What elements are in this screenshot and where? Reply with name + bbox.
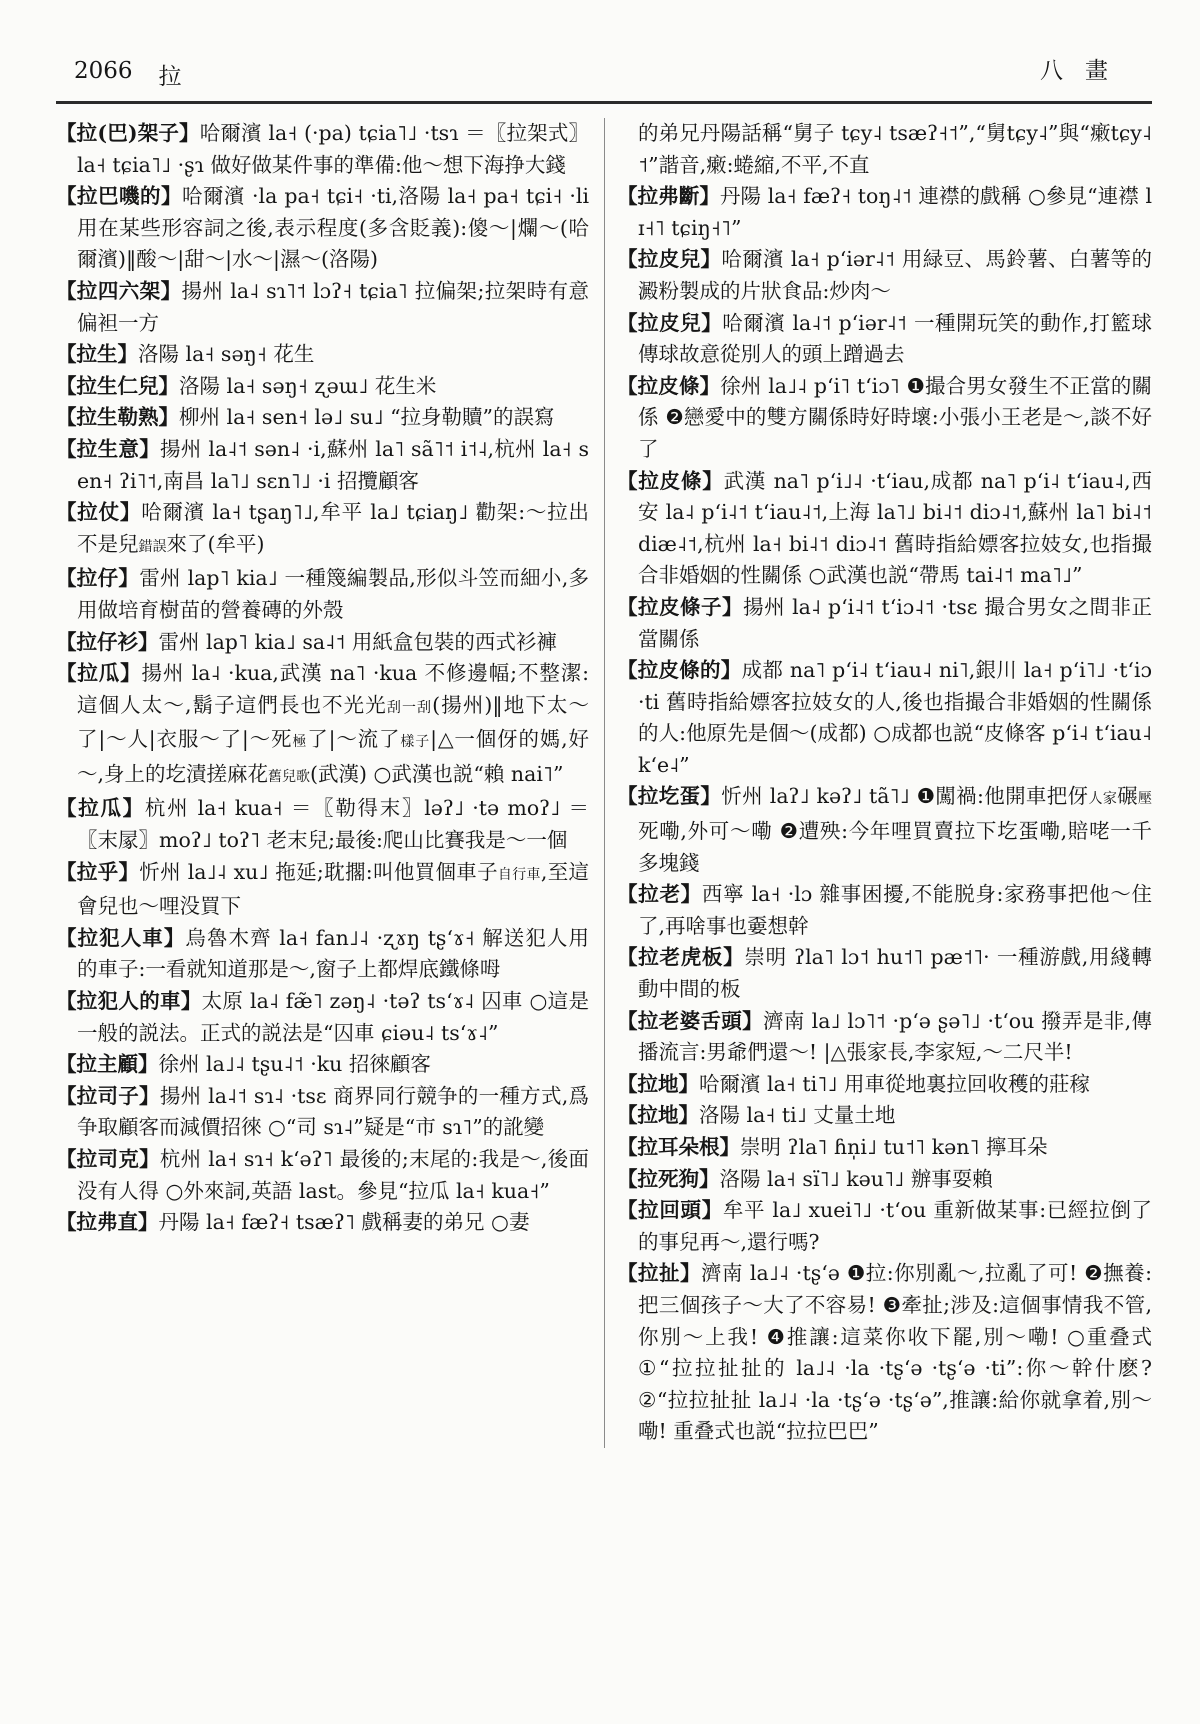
dictionary-entry: 【拉司子】揚州 la˨˦ sɿ˨ ·tsɛ 商界同行競争的一種方式,爲争取顧客而… <box>56 1081 589 1144</box>
dictionary-entry: 【拉生仁兒】洛陽 la˧ səŋ˧ ʐəɯ˩ 花生米 <box>56 371 589 403</box>
entry-headword: 【拉弗直】 <box>56 1210 159 1234</box>
entry-headword: 【拉地】 <box>617 1103 699 1127</box>
dictionary-entry: 【拉弗直】丹陽 la˧ fæʔ˧ tsæʔ˥ 戲稱妻的弟兄 ○妻 <box>56 1207 589 1239</box>
entry-headword: 【拉仗】 <box>56 500 141 524</box>
gloss-small-text: 自行車 <box>498 867 541 883</box>
entry-headword: 【拉生】 <box>56 342 138 366</box>
entry-headword: 【拉圪蛋】 <box>617 784 721 808</box>
dictionary-entry: 【拉老虎板】崇明 ʔla˥ lɔ˦ hu˦˥ pæ˦˥· 一種游戲,用綫轉動中間… <box>617 942 1152 1005</box>
stroke-section-label: 八畫 <box>1040 52 1130 85</box>
dictionary-entry: 【拉老】西寧 la˧ ·lɔ 雜事困擾,不能脱身:家務事把他～住了,再啥事也嫑想… <box>617 879 1152 942</box>
entry-headword: 【拉仔衫】 <box>56 630 159 654</box>
entry-headword: 【拉生勒熟】 <box>56 405 179 429</box>
dictionary-entry: 【拉仔衫】雷州 lap˥ kia˩ sa˨˦ 用紙盒包裝的西式衫褲 <box>56 627 589 659</box>
entry-text: 洛陽 la˧ ti˩ 丈量土地 <box>699 1103 895 1127</box>
header-rule <box>56 101 1152 104</box>
dictionary-entry: 【拉皮兒】哈爾濱 la˧ pʻiər˨˦ 用緑豆、馬鈴薯、白薯等的澱粉製成的片狀… <box>617 244 1152 307</box>
dictionary-entry: 【拉死狗】洛陽 la˧ sï˥˩ kəu˥˩ 辦事耍賴 <box>617 1164 1152 1196</box>
dictionary-entry: 【拉耳朵根】崇明 ʔla˥ ɦn̩i˩ tu˦˥ kən˥ 擰耳朵 <box>617 1132 1152 1164</box>
radical-char: 拉 <box>159 58 182 91</box>
dictionary-entry: 【拉皮條的】成都 na˥ pʻi˨ tʻiau˨ ni˥,銀川 la˧ pʻi˥… <box>617 655 1152 781</box>
entry-text: 雷州 lap˥ kia˩ 一種篾編製品,形似斗笠而細小,多用做培育樹苗的營養磚的… <box>77 566 589 622</box>
entry-headword: 【拉瓜】 <box>56 796 145 820</box>
dictionary-entry: 【拉皮條子】揚州 la˨ pʻi˨˦ tʻiɔ˨˦ ·tsɛ 撮合男女之間非正當… <box>617 592 1152 655</box>
entry-text: 碾 <box>1117 784 1138 808</box>
entry-headword: 【拉死狗】 <box>617 1167 720 1191</box>
dictionary-entry: 【拉老婆舌頭】濟南 la˩ lɔ˥˦ ·pʻə ʂə˥˩ ·tʻou 撥弄是非,… <box>617 1006 1152 1069</box>
dictionary-entry: 【拉皮條】武漢 na˥ pʻi˩˨ ·tʻiau,成都 na˥ pʻi˨ tʻi… <box>617 466 1152 592</box>
entry-text: 濟南 la˩˨ ·tʂʻə ❶拉:你別亂～,拉亂了可! ❷撫養:把三個孩子～大了… <box>638 1261 1152 1443</box>
entry-text: 崇明 ʔla˥ ɦn̩i˩ tu˦˥ kən˥ 擰耳朵 <box>740 1135 1048 1159</box>
entry-headword: 【拉扯】 <box>617 1261 701 1285</box>
entry-headword: 【拉主顧】 <box>56 1052 159 1076</box>
dictionary-entry: 【拉回頭】牟平 la˩ xuei˥˩ ·tʻou 重新做某事:已經拉倒了的事兒再… <box>617 1195 1152 1258</box>
entry-text: 來了(牟平) <box>167 532 265 556</box>
entry-text: 雷州 lap˥ kia˩ sa˨˦ 用紙盒包裝的西式衫褲 <box>159 630 557 654</box>
dictionary-entry: 【拉乎】忻州 la˩˨ xu˩ 拖延;耽擱:叫他買個車子自行車,至這會兒也～哩没… <box>56 857 589 923</box>
entry-headword: 【拉耳朵根】 <box>617 1135 740 1159</box>
entry-text: 柳州 la˧ sen˧ lə˩ su˩ “拉身勒贖”的誤寫 <box>179 405 555 429</box>
entry-headword: 【拉司克】 <box>56 1147 160 1171</box>
dictionary-entry: 【拉生勒熟】柳州 la˧ sen˧ lə˩ su˩ “拉身勒贖”的誤寫 <box>56 402 589 434</box>
entry-text: 洛陽 la˧ səŋ˧ 花生 <box>138 342 314 366</box>
entry-continuation: 的弟兄丹陽話稱“舅子 tɕy˨ tsæʔ˧˦”,“舅tɕy˨”與“瘷tɕy˨˦”… <box>617 118 1152 181</box>
dictionary-entry: 【拉仔】雷州 lap˥ kia˩ 一種篾編製品,形似斗笠而細小,多用做培育樹苗的… <box>56 563 589 626</box>
entry-headword: 【拉回頭】 <box>617 1198 723 1222</box>
gloss-small-text: 人家 <box>1088 791 1117 807</box>
dictionary-entry: 【拉巴嘰的】哈爾濱 ·la pa˧ tɕi˧ ·ti,洛陽 la˧ pa˧ tɕ… <box>56 181 589 276</box>
dictionary-entry: 【拉瓜】揚州 la˨ ·kua,武漢 na˥ ·kua 不修邊幅;不整潔:這個人… <box>56 658 589 793</box>
entry-headword: 【拉弗斷】 <box>617 184 720 208</box>
dictionary-page: 2066 拉 八畫 【拉(巴)架子】哈爾濱 la˧ (·pa) tɕia˥˩ ·… <box>0 0 1200 1724</box>
gloss-small-text: 樣子 <box>400 734 430 750</box>
entry-text: 忻州 la˩˨ xu˩ 拖延;耽擱:叫他買個車子 <box>139 860 498 884</box>
entry-text: 的弟兄丹陽話稱“舅子 tɕy˨ tsæʔ˧˦”,“舅tɕy˨”與“瘷tɕy˨˦”… <box>638 121 1152 177</box>
dictionary-entry: 【拉地】洛陽 la˧ ti˩ 丈量土地 <box>617 1100 1152 1132</box>
entry-headword: 【拉生仁兒】 <box>56 374 179 398</box>
entry-headword: 【拉地】 <box>617 1072 699 1096</box>
gloss-small-text: 極 <box>292 734 307 750</box>
entry-text: 杭州 la˧ kua˧ ＝〖勒得末〗ləʔ˩ ·tə moʔ˩ ＝〖末㞘〗moʔ… <box>77 796 589 852</box>
entry-text: 西寧 la˧ ·lɔ 雜事困擾,不能脱身:家務事把他～住了,再啥事也嫑想幹 <box>638 882 1152 938</box>
entry-headword: 【拉皮條】 <box>617 374 720 398</box>
dictionary-entry: 【拉生意】揚州 la˨˦ sən˨ ·i,蘇州 la˥ sã˥˦ i˦˨,杭州 … <box>56 434 589 497</box>
entry-text: 洛陽 la˧ sï˥˩ kəu˥˩ 辦事耍賴 <box>720 1167 993 1191</box>
header-left: 2066 拉 <box>74 58 182 91</box>
dictionary-entry: 【拉仗】哈爾濱 la˧ tʂaŋ˥˩,牟平 la˩ tɕiaŋ˩ 勸架:～拉出不… <box>56 497 589 563</box>
dictionary-entry: 【拉(巴)架子】哈爾濱 la˧ (·pa) tɕia˥˩ ·tsɿ ＝〖拉架式〗… <box>56 118 589 181</box>
entry-headword: 【拉老】 <box>617 882 702 906</box>
gloss-small-text: 錯誤 <box>139 539 167 555</box>
entry-headword: 【拉四六架】 <box>56 279 182 303</box>
entry-headword: 【拉老婆舌頭】 <box>617 1009 763 1033</box>
entry-headword: 【拉(巴)架子】 <box>56 121 200 145</box>
entry-headword: 【拉犯人車】 <box>56 926 185 950</box>
gloss-small-text: 刮一刮 <box>387 700 432 716</box>
dictionary-entry: 【拉四六架】揚州 la˨ sɿ˥˦ lɔʔ˧ tɕia˥ 拉偏架;拉架時有意偏袒… <box>56 276 589 339</box>
entry-text: 洛陽 la˧ səŋ˧ ʐəɯ˩ 花生米 <box>179 374 436 398</box>
dictionary-entry: 【拉圪蛋】忻州 laʔ˩ kəʔ˩ tã˥˩ ❶闖禍:他開車把伢人家碾壓死嘞,外… <box>617 781 1152 879</box>
entry-text: (武漢) ○武漢也説“賴 nai˥” <box>310 762 563 786</box>
entry-headword: 【拉皮兒】 <box>617 311 722 335</box>
entry-headword: 【拉生意】 <box>56 437 160 461</box>
dictionary-entry: 【拉司克】杭州 la˧ sɿ˧ kʻəʔ˥ 最後的;末尾的:我是～,後面没有人得… <box>56 1144 589 1207</box>
gloss-small-text: 壓 <box>1138 791 1152 807</box>
entry-text: 忻州 laʔ˩ kəʔ˩ tã˥˩ ❶闖禍:他開車把伢 <box>721 784 1088 808</box>
entry-text: 丹陽 la˧ fæʔ˧ tsæʔ˥ 戲稱妻的弟兄 ○妻 <box>159 1210 530 1234</box>
dictionary-entry: 【拉生】洛陽 la˧ səŋ˧ 花生 <box>56 339 589 371</box>
page-number: 2066 <box>74 58 133 91</box>
entry-headword: 【拉皮條】 <box>617 469 724 493</box>
dictionary-entry: 【拉皮兒】哈爾濱 la˨˦ pʻiər˨˦ 一種開玩笑的動作,打籃球傳球故意從別… <box>617 308 1152 371</box>
entry-headword: 【拉仔】 <box>56 566 139 590</box>
entry-text: 哈爾濱 la˧ ti˥˩ 用車從地裏拉回收穫的莊稼 <box>699 1072 1090 1096</box>
entry-text: 徐州 la˩˨ tʂu˨˦ ·ku 招徠顧客 <box>159 1052 431 1076</box>
column-divider <box>604 118 605 1448</box>
entry-headword: 【拉皮條的】 <box>617 658 742 682</box>
entry-headword: 【拉司子】 <box>56 1084 160 1108</box>
entry-headword: 【拉巴嘰的】 <box>56 184 182 208</box>
left-column: 【拉(巴)架子】哈爾濱 la˧ (·pa) tɕia˥˩ ·tsɿ ＝〖拉架式〗… <box>56 118 589 1448</box>
right-column: 的弟兄丹陽話稱“舅子 tɕy˨ tsæʔ˧˦”,“舅tɕy˨”與“瘷tɕy˨˦”… <box>617 118 1152 1448</box>
dictionary-entry: 【拉犯人的車】太原 la˨ fæ̃˥ zəŋ˨ ·təʔ tsʻɤ˨ 囚車 ○這… <box>56 986 589 1049</box>
dictionary-entry: 【拉扯】濟南 la˩˨ ·tʂʻə ❶拉:你別亂～,拉亂了可! ❷撫養:把三個孩… <box>617 1258 1152 1448</box>
dictionary-entry: 【拉皮條】徐州 la˩˨ pʻi˥ tʻiɔ˥ ❶撮合男女發生不正當的關係 ❷戀… <box>617 371 1152 466</box>
content-columns: 【拉(巴)架子】哈爾濱 la˧ (·pa) tɕia˥˩ ·tsɿ ＝〖拉架式〗… <box>56 118 1152 1448</box>
entry-text: 死嘞,外可～嘞 ❷遭殃:今年哩買賣拉下圪蛋嘞,賠咾一千多塊錢 <box>638 819 1152 875</box>
gloss-small-text: 舊兒歌 <box>268 769 310 785</box>
dictionary-entry: 【拉地】哈爾濱 la˧ ti˥˩ 用車從地裏拉回收穫的莊稼 <box>617 1069 1152 1101</box>
dictionary-entry: 【拉瓜】杭州 la˧ kua˧ ＝〖勒得末〗ləʔ˩ ·tə moʔ˩ ＝〖末㞘… <box>56 793 589 856</box>
entry-text: 了|～流了 <box>307 727 400 751</box>
dictionary-entry: 【拉主顧】徐州 la˩˨ tʂu˨˦ ·ku 招徠顧客 <box>56 1049 589 1081</box>
page-header: 2066 拉 八畫 <box>56 52 1152 101</box>
entry-headword: 【拉皮兒】 <box>617 247 721 271</box>
entry-headword: 【拉乎】 <box>56 860 139 884</box>
entry-headword: 【拉老虎板】 <box>617 945 744 969</box>
entry-headword: 【拉瓜】 <box>56 661 142 685</box>
entry-headword: 【拉犯人的車】 <box>56 989 202 1013</box>
entry-headword: 【拉皮條子】 <box>617 595 743 619</box>
dictionary-entry: 【拉弗斷】丹陽 la˧ fæʔ˧ toŋ˨˦ 連襟的戲稱 ○參見“連襟 lɪ˧˥… <box>617 181 1152 244</box>
dictionary-entry: 【拉犯人車】烏魯木齊 la˧ fan˩˨ ·ʐɤŋ tʂʻɤ˧ 解送犯人用的車子… <box>56 923 589 986</box>
